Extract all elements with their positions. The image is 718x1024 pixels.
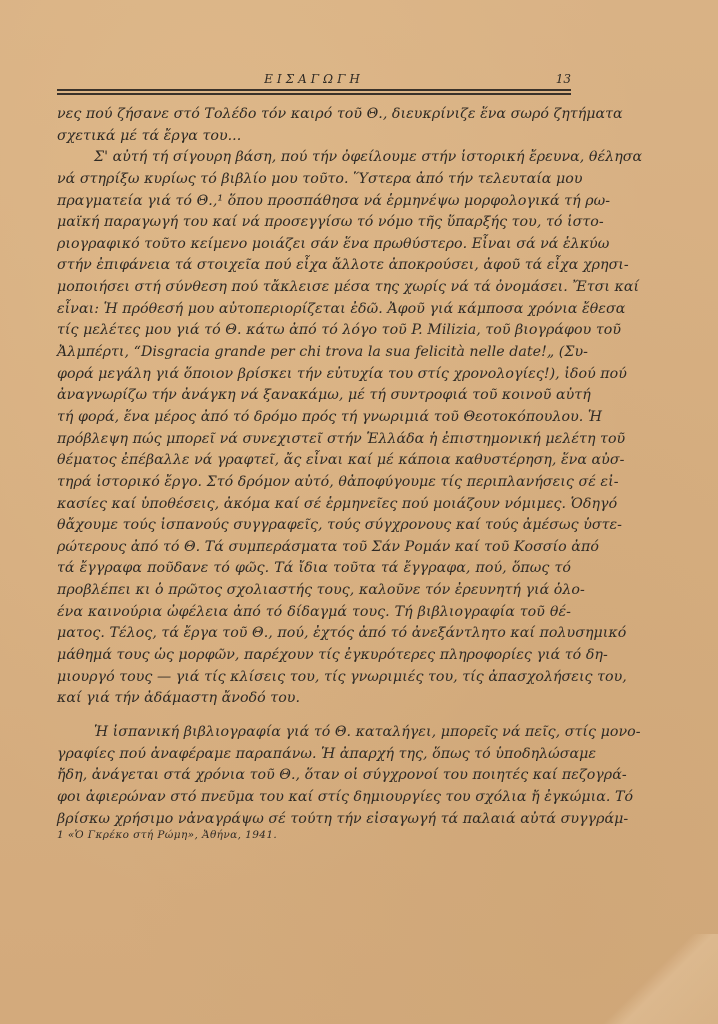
text-line: τίς μελέτες μου γιά τό Θ. κάτω ἀπό τό λό…	[57, 320, 571, 342]
header-rule-thick	[57, 89, 571, 91]
text-line: ένα καινούρια ὠφέλεια ἀπό τό δίδαγμά του…	[57, 602, 571, 624]
text-line: ματος. Τέλος, τά ἔργα τοῦ Θ., πού, ἐχτός…	[57, 623, 571, 645]
text-line: τά ἔγγραφα ποῦδανε τό φῶς. Τά ἴδια τοῦτα…	[57, 558, 571, 580]
text-line: εἶναι: Ἡ πρόθεσή μου αὐτοπεριορίζεται ἐδ…	[57, 299, 571, 321]
text-line: ἤδη, ἀνάγεται στά χρόνια τοῦ Θ., ὅταν οἱ…	[57, 765, 571, 787]
text-line: θἄχουμε τούς ἱσπανούς συγγραφεῖς, τούς σ…	[57, 515, 571, 537]
footnote: 1 «Ὁ Γκρέκο στή Ρώμη», Ἀθήνα, 1941.	[57, 829, 277, 841]
text-line: πρόβλεψη πώς μπορεῖ νά συνεχιστεῖ στήν Ἑ…	[57, 429, 571, 451]
text-line: Σ' αὐτή τή σίγουρη βάση, πού τήν ὀφείλου…	[57, 147, 571, 169]
text-line: πραγματεία γιά τό Θ.,¹ ὅπου προσπάθησα ν…	[57, 191, 571, 213]
text-line: μιουργό τους — γιά τίς κλίσεις του, τίς …	[57, 667, 571, 689]
text-line: τή φορά, ἕνα μέρος ἀπό τό δρόμο πρός τή …	[57, 407, 571, 429]
text-line: νες πού ζήσανε στό Τολέδο τόν καιρό τοῦ …	[57, 104, 571, 126]
paragraph-gap	[57, 710, 571, 722]
text-line: καί γιά τήν ἀδάμαστη ἄνοδό του.	[57, 688, 571, 710]
running-head: ΕΙΣΑΓΩΓΗ 13	[57, 72, 571, 88]
text-line: ριογραφικό τοῦτο κείμενο μοιάζει σάν ἕνα…	[57, 234, 571, 256]
text-line: μαϊκή παραγωγή του καί νά προσεγγίσω τό …	[57, 212, 571, 234]
text-line: Ἀλμπέρτι, “Disgracia grande per chi trov…	[57, 342, 571, 364]
running-title: ΕΙΣΑΓΩΓΗ	[57, 72, 571, 86]
text-line: μοποιήσει στή σύνθεση πού τἄκλεισε μέσα …	[57, 277, 571, 299]
page-corner-shade	[598, 934, 718, 1024]
text-line: σχετικά μέ τά ἔργα του...	[57, 126, 571, 148]
text-line: ἀναγνωρίζω τήν ἀνάγκη νά ξανακάμω, μέ τή…	[57, 385, 571, 407]
text-line: τηρά ἱστορικό ἔργο. Στό δρόμον αὐτό, θἀπ…	[57, 472, 571, 494]
text-line: Ἡ ἱσπανική βιβλιογραφία γιά τό Θ. καταλή…	[57, 722, 571, 744]
body-text: νες πού ζήσανε στό Τολέδο τόν καιρό τοῦ …	[57, 104, 571, 830]
page-number: 13	[556, 72, 571, 86]
text-line: στήν ἐπιφάνεια τά στοιχεῖα πού εἶχα ἄλλο…	[57, 255, 571, 277]
text-line: ρώτερους ἀπό τό Θ. Τά συμπεράσματα τοῦ Σ…	[57, 537, 571, 559]
text-line: μάθημά τους ὡς μορφῶν, παρέχουν τίς ἐγκυ…	[57, 645, 571, 667]
header-rule-thin	[57, 93, 571, 95]
text-line: φορά μεγάλη γιά ὅποιον βρίσκει τήν εὐτυχ…	[57, 364, 571, 386]
text-line: νά στηρίξω κυρίως τό βιβλίο μου τοῦτο. Ὕ…	[57, 169, 571, 191]
text-line: γραφίες πού ἀναφέραμε παραπάνω. Ἡ ἀπαρχή…	[57, 744, 571, 766]
text-line: προβλέπει κι ὁ πρῶτος σχολιαστής τους, κ…	[57, 580, 571, 602]
text-line: κασίες καί ὑποθέσεις, ἀκόμα καί σέ ἑρμην…	[57, 494, 571, 516]
text-line: φοι ἀφιερώναν στό πνεῦμα του καί στίς δη…	[57, 787, 571, 809]
text-line: θέματος ἐπέβαλλε νά γραφτεῖ, ἄς εἶναι κα…	[57, 450, 571, 472]
text-line: βρίσκω χρήσιμο νἀναγράψω σέ τούτη τήν εἰ…	[57, 809, 571, 831]
